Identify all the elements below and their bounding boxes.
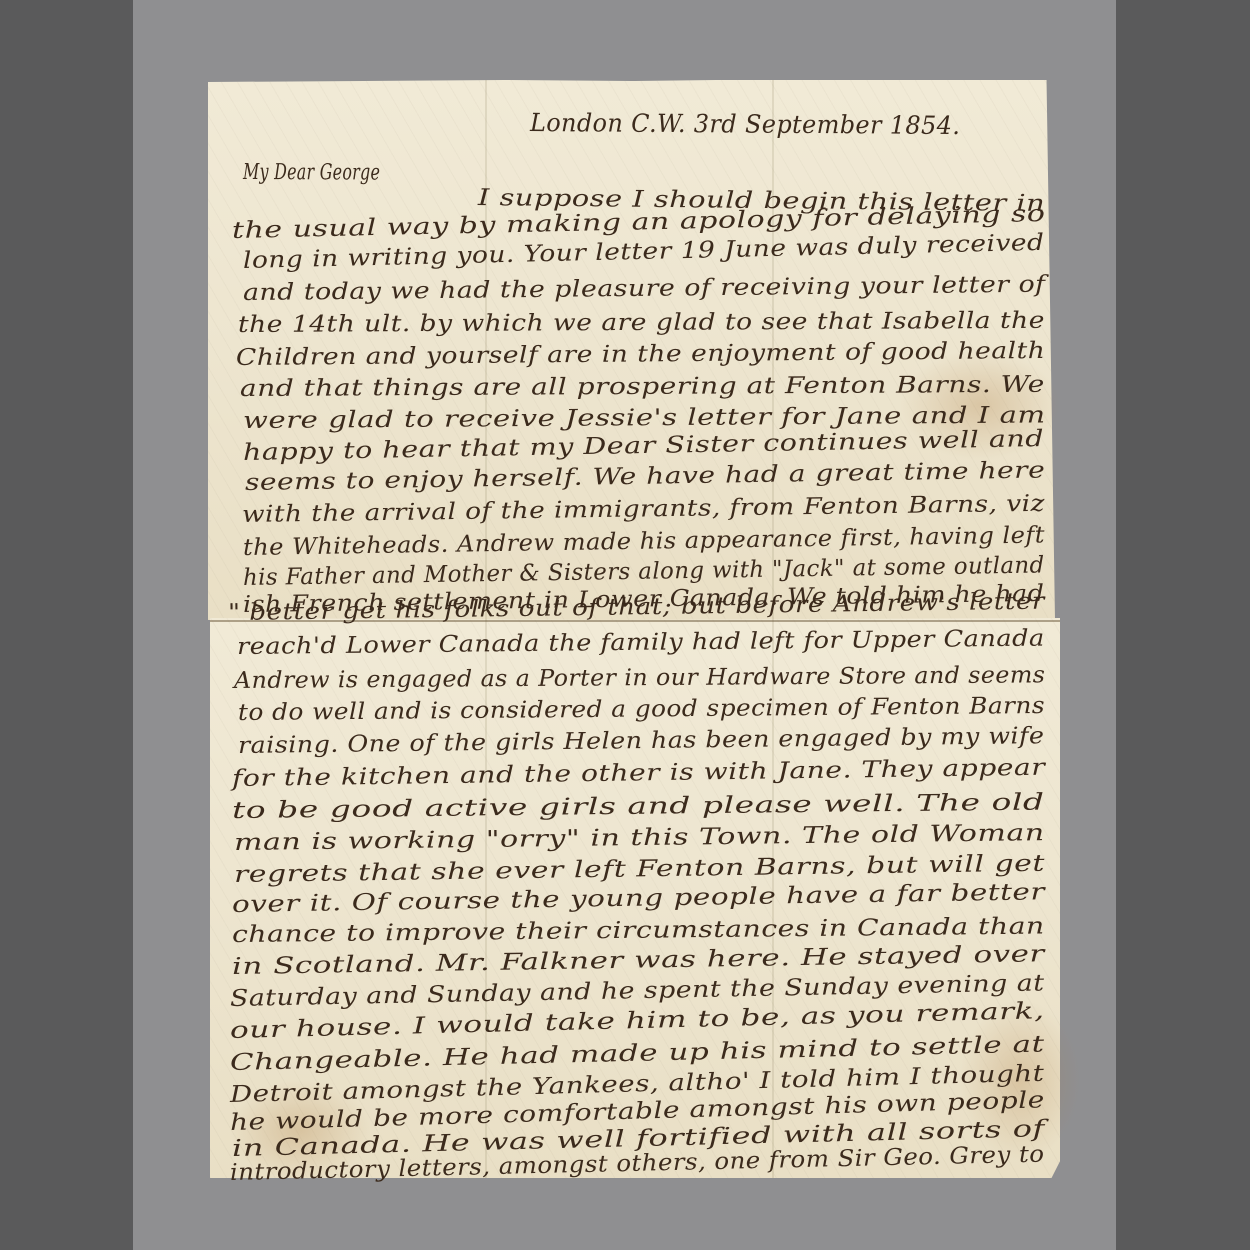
letter-line: and today we had the pleasure of receivi… <box>243 272 1046 306</box>
letter-line: raising. One of the girls Helen has been… <box>238 723 1045 759</box>
letter-line: the 14th ult. by which we are glad to se… <box>238 308 1045 338</box>
letter-line: Andrew is engaged as a Porter in our Har… <box>234 662 1046 694</box>
letter-line: with the arrival of the immigrants, from… <box>242 491 1045 528</box>
letter-line: Children and yourself are in the enjoyme… <box>236 338 1046 371</box>
letter-line: for the kitchen and the other is with Ja… <box>232 755 1046 792</box>
handwriting: London C.W. 3rd September 1854. My Dear … <box>0 0 1250 1250</box>
salutation: My Dear George <box>243 160 380 185</box>
letter-line: reach'd Lower Canada the family had left… <box>237 626 1045 660</box>
letter-line: to do well and is considered a good spec… <box>238 693 1045 726</box>
letter-line: to be good active girls and please well.… <box>232 789 1045 824</box>
letter-line: man is working "orry" in this Town. The … <box>234 820 1045 856</box>
letter-line: and that things are all prospering at Fe… <box>240 372 1045 402</box>
dateline: London C.W. 3rd September 1854. <box>530 108 961 140</box>
